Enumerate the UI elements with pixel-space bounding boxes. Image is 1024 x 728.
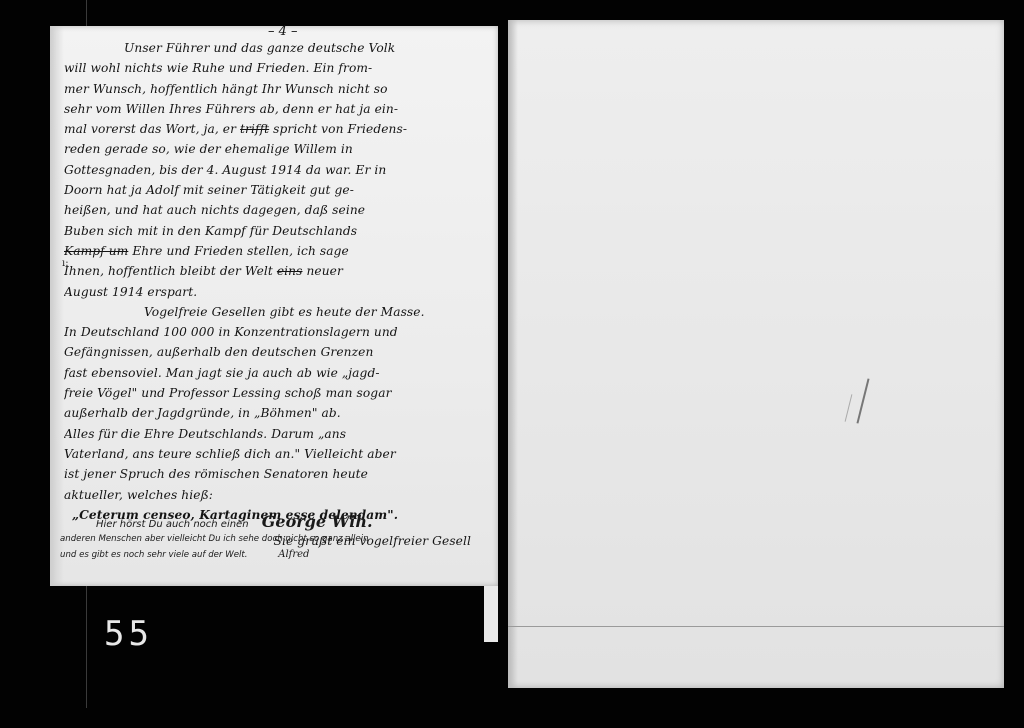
signature-george: George Wih. bbox=[262, 514, 373, 531]
letter-text: Ihnen, hoffentlich bleibt der Welt bbox=[64, 264, 273, 278]
postscript: Hier hörst Du auch noch einen George Wih… bbox=[60, 514, 490, 563]
postscript-line: und es gibt es noch sehr viele auf der W… bbox=[60, 547, 490, 563]
letter-line: mer Wunsch, hoffentlich hängt Ihr Wunsch… bbox=[64, 79, 489, 99]
letter-line: mal vorerst das Wort, ja, er trifft spri… bbox=[64, 119, 489, 139]
frame-number: 55 bbox=[104, 614, 153, 654]
film-edge-line bbox=[86, 0, 87, 26]
blank-page bbox=[508, 20, 1004, 688]
postscript-text: und es gibt es noch sehr viele auf der W… bbox=[60, 550, 247, 560]
signature-alfred: Alfred bbox=[278, 549, 309, 560]
pencil-mark bbox=[845, 394, 853, 421]
letter-line: Vogelfreie Gesellen gibt es heute der Ma… bbox=[64, 302, 489, 322]
letter-text: mal vorerst das Wort, ja, er bbox=[64, 122, 236, 136]
letter-line: will wohl nichts wie Ruhe und Frieden. E… bbox=[64, 58, 489, 78]
letter-text: spricht von Friedens- bbox=[273, 122, 407, 136]
letter-line: In Deutschland 100 000 in Konzentrations… bbox=[64, 322, 489, 342]
letter-line: Alles für die Ehre Deutschlands. Darum „… bbox=[64, 424, 489, 444]
letter-line: Vaterland, ans teure schließ dich an." V… bbox=[64, 444, 489, 464]
letter-line: Unser Führer und das ganze deutsche Volk bbox=[64, 38, 489, 58]
struck-word: Kampf um bbox=[64, 244, 128, 258]
letter-text: neuer bbox=[306, 264, 342, 278]
letter-line: freie Vögel" und Professor Lessing schoß… bbox=[64, 383, 489, 403]
margin-pencil-mark: ı: bbox=[62, 258, 69, 269]
letter-line: heißen, und hat auch nichts dagegen, daß… bbox=[64, 200, 489, 220]
letter-line: Ihnen, hoffentlich bleibt der Welt eins … bbox=[64, 261, 489, 281]
letter-line: Gefängnissen, außerhalb den deutschen Gr… bbox=[64, 342, 489, 362]
letter-line: reden gerade so, wie der ehemalige Wille… bbox=[64, 139, 489, 159]
postscript-line: anderen Menschen aber vielleicht Du ich … bbox=[60, 532, 490, 547]
letter-line: Buben sich mit in den Kampf für Deutschl… bbox=[64, 221, 489, 241]
letter-line: Kampf um Ehre und Frieden stellen, ich s… bbox=[64, 241, 489, 261]
struck-word: trifft bbox=[240, 122, 269, 136]
letter-line: außerhalb der Jagdgründe, in „Böhmen" ab… bbox=[64, 403, 489, 423]
film-edge-line bbox=[86, 586, 87, 708]
letter-line: sehr vom Willen Ihres Führers ab, denn e… bbox=[64, 99, 489, 119]
page-crease bbox=[508, 626, 1004, 627]
letter-line: Gottesgnaden, bis der 4. August 1914 da … bbox=[64, 160, 489, 180]
struck-word: eins bbox=[277, 264, 303, 278]
letter-line: fast ebensoviel. Man jagt sie ja auch ab… bbox=[64, 363, 489, 383]
letter-text: Ehre und Frieden stellen, ich sage bbox=[132, 244, 349, 258]
letter-line: August 1914 erspart. bbox=[64, 282, 489, 302]
letter-line: aktueller, welches hieß: bbox=[64, 485, 489, 505]
letter-body: Unser Führer und das ganze deutsche Volk… bbox=[64, 34, 489, 551]
microfilm-frame: – 4 – Unser Führer und das ganze deutsch… bbox=[0, 0, 1024, 728]
pencil-mark bbox=[856, 378, 869, 423]
letter-line: ist jener Spruch des römischen Senatoren… bbox=[64, 464, 489, 484]
letter-page: – 4 – Unser Führer und das ganze deutsch… bbox=[50, 26, 498, 586]
letter-line: Doorn hat ja Adolf mit seiner Tätigkeit … bbox=[64, 180, 489, 200]
page-fold-strip bbox=[484, 586, 498, 642]
postscript-line: Hier hörst Du auch noch einen George Wih… bbox=[60, 514, 490, 532]
postscript-text: Hier hörst Du auch noch einen bbox=[96, 519, 249, 530]
